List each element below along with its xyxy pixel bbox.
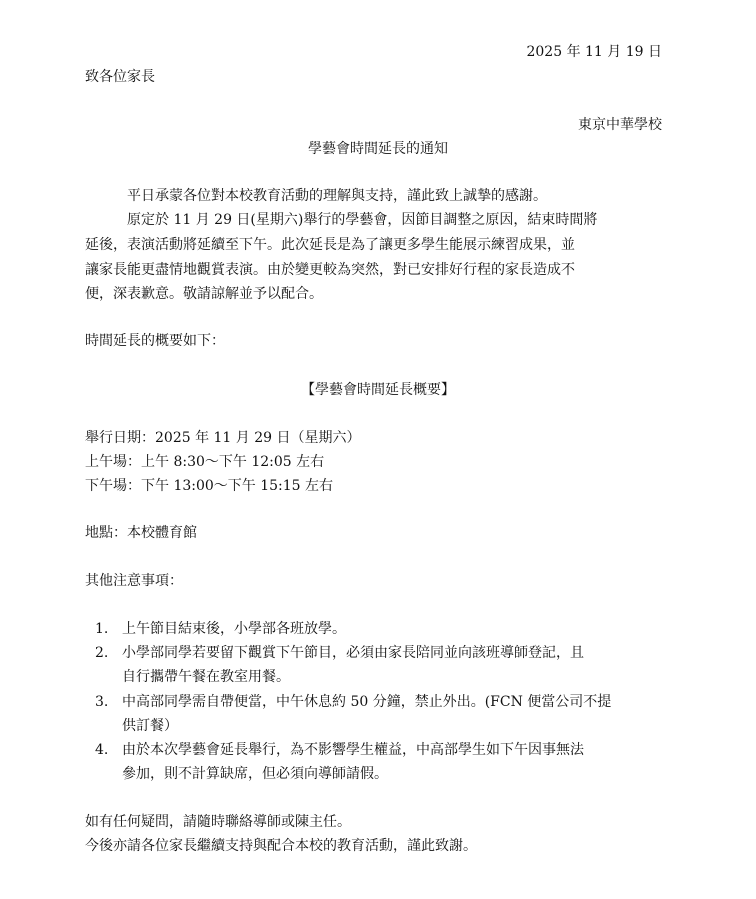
note-number: 3. <box>95 692 108 712</box>
paragraph-2-line-2: 延後，表演活動將延續至下午。此次延長是為了讓更多學生能展示練習成果，並 <box>85 235 575 255</box>
closing-line-2: 今後亦請各位家長繼續支持與配合本校的教育活動，謹此致謝。 <box>85 836 477 856</box>
paragraph-2-line-3: 讓家長能更盡情地觀賞表演。由於變更較為突然，對已安排好行程的家長造成不 <box>85 260 575 280</box>
note-text: 參加，則不計算缺席，但必須向導師請假。 <box>122 764 388 784</box>
paragraph-1: 平日承蒙各位對本校教育活動的理解與支持，謹此致上誠摯的感謝。 <box>127 186 547 206</box>
note-text: 自行攜帶午餐在教室用餐。 <box>122 667 290 687</box>
note-text: 小學部同學若要留下觀賞下午節目，必須由家長陪同並向該班導師登記，且 <box>122 643 584 663</box>
morning-session: 上午場：上午 8:30～下午 12:05 左右 <box>85 452 324 472</box>
event-date: 舉行日期：2025 年 11 月 29 日（星期六） <box>85 428 361 448</box>
paragraph-2-line-1: 原定於 11 月 29 日(星期六)舉行的學藝會，因節目調整之原因，結束時間將 <box>127 210 597 230</box>
notes-heading: 其他注意事項： <box>85 571 183 591</box>
salutation: 致各位家長 <box>85 67 155 87</box>
note-text: 由於本次學藝會延長舉行，為不影響學生權益，中高部學生如下午因事無法 <box>122 740 584 760</box>
summary-intro: 時間延長的概要如下： <box>85 331 225 351</box>
closing-line-1: 如有任何疑問，請隨時聯絡導師或陳主任。 <box>85 812 351 832</box>
note-number: 1. <box>95 619 108 639</box>
note-text: 供訂餐） <box>122 716 178 736</box>
note-number: 2. <box>95 643 108 663</box>
paragraph-2-line-4: 便，深表歉意。敬請諒解並予以配合。 <box>85 284 323 304</box>
note-number: 4. <box>95 740 108 760</box>
summary-heading: 【學藝會時間延長概要】 <box>0 380 756 400</box>
document-title: 學藝會時間延長的通知 <box>0 139 756 159</box>
note-text: 中高部同學需自帶便當，中午休息約 50 分鐘，禁止外出。(FCN 便當公司不提 <box>122 692 611 712</box>
note-text: 上午節目結束後，小學部各班放學。 <box>122 619 346 639</box>
sender: 東京中華學校 <box>578 115 662 135</box>
location: 地點：本校體育館 <box>85 523 197 543</box>
date: 2025 年 11 月 19 日 <box>526 42 662 62</box>
afternoon-session: 下午場：下午 13:00～下午 15:15 左右 <box>85 476 333 496</box>
